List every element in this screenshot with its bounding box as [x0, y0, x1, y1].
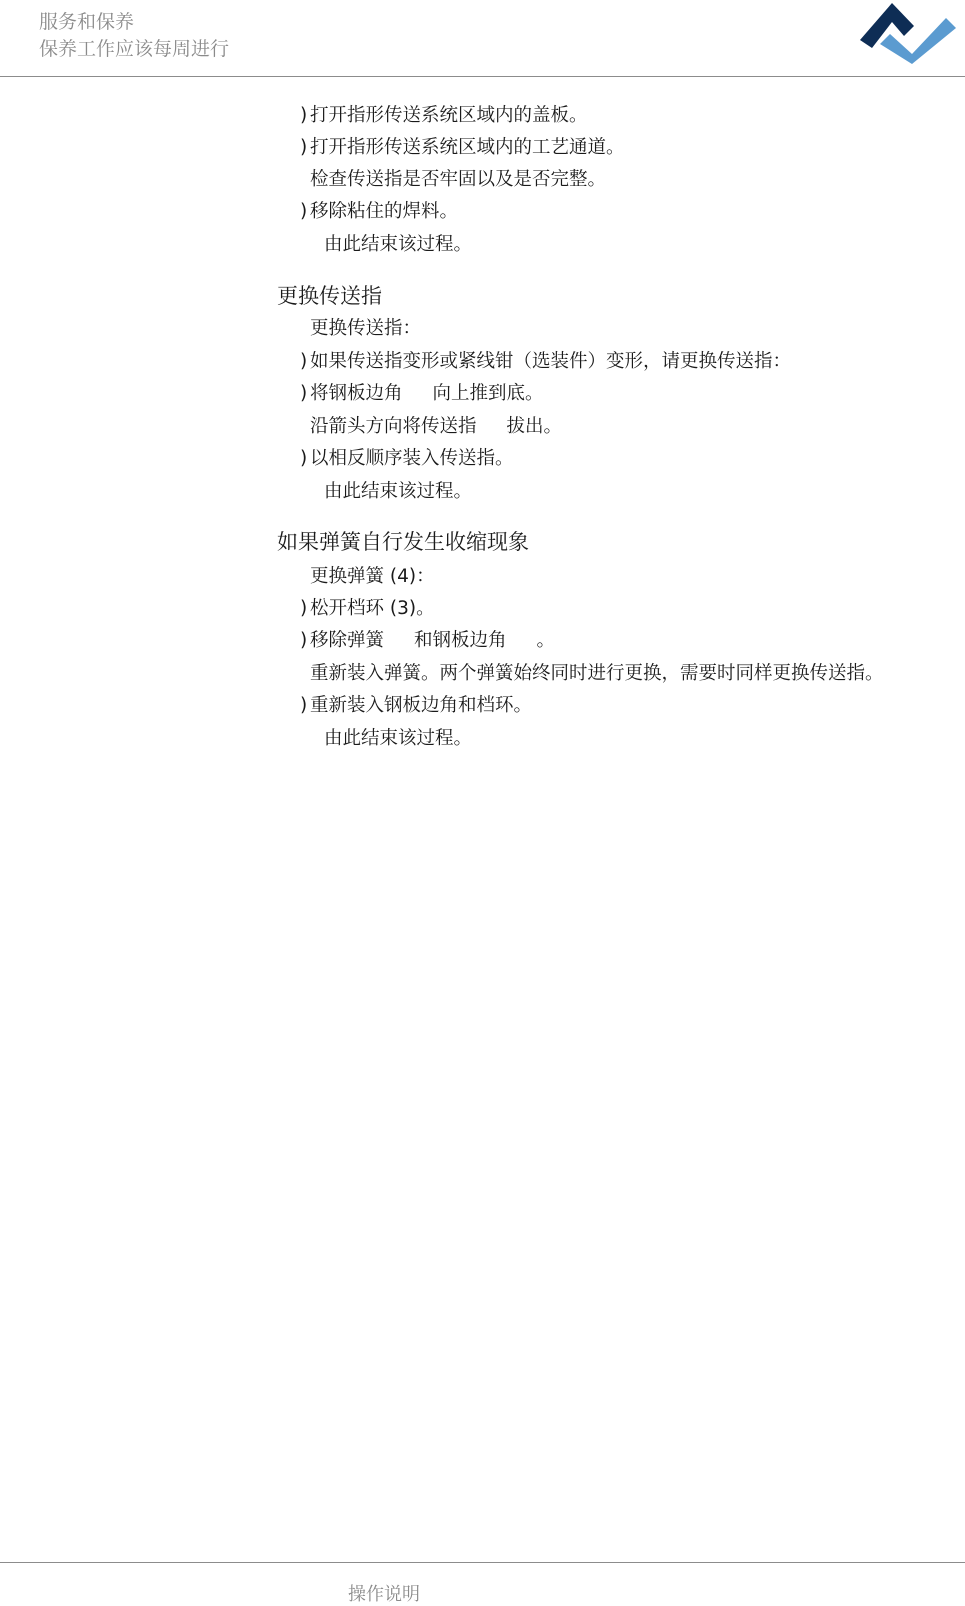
page-header: 服务和保养 保养工作应该每周进行 — [0, 0, 965, 77]
section-heading: 如果弹簧自行发生收缩现象 — [277, 528, 529, 556]
step-item: 检查传送指是否牢固以及是否完整。 — [310, 168, 606, 192]
result-text: 由此结束该过程。 — [324, 728, 472, 749]
step-marker: ) — [300, 104, 310, 128]
step-item: )以相反顺序装入传送指。 — [300, 447, 514, 471]
step-text: 以相反顺序装入传送指。 — [310, 448, 514, 469]
step-result: 由此结束该过程。 — [324, 480, 472, 504]
step-text: 拔出。 — [507, 416, 563, 437]
step-text: 更换传送指： — [310, 318, 421, 339]
step-text: 将钢板边角 — [310, 383, 403, 404]
step-item: 重新装入弹簧。两个弹簧始终同时进行更换，需要时同样更换传送指。 — [310, 662, 884, 686]
brand-logo-icon — [860, 0, 965, 66]
step-text: 重新装入弹簧。两个弹簧始终同时进行更换，需要时同样更换传送指。 — [310, 663, 884, 684]
step-item: )将钢板边角向上推到底。 — [300, 382, 544, 406]
step-marker: ) — [300, 629, 310, 653]
header-chapter: 服务和保养 — [39, 9, 229, 36]
step-text: 重新装入钢板边角和档环。 — [310, 695, 532, 716]
step-text: 检查传送指是否牢固以及是否完整。 — [310, 169, 606, 190]
step-text: 沿箭头方向将传送指 — [310, 416, 477, 437]
footer-divider — [0, 1562, 965, 1563]
step-marker: ) — [300, 597, 310, 621]
step-marker: ) — [300, 200, 310, 224]
step-text: 如果传送指变形或紧线钳（选装件）变形，请更换传送指： — [310, 351, 791, 372]
result-text: 由此结束该过程。 — [324, 481, 472, 502]
section-heading: 更换传送指 — [277, 282, 382, 310]
step-text: 向上推到底。 — [433, 383, 544, 404]
step-text: 打开指形传送系统区域内的盖板。 — [310, 105, 588, 126]
step-result: 由此结束该过程。 — [324, 727, 472, 751]
step-item: )如果传送指变形或紧线钳（选装件）变形，请更换传送指： — [300, 350, 791, 374]
step-text: 移除弹簧 — [310, 630, 384, 651]
step-item: )重新装入钢板边角和档环。 — [300, 694, 532, 718]
footer-title: 操作说明 — [348, 1580, 420, 1606]
step-marker: ) — [300, 447, 310, 471]
step-text: 移除粘住的焊料。 — [310, 201, 458, 222]
step-item: 沿箭头方向将传送指拔出。 — [310, 415, 562, 439]
step-text: 打开指形传送系统区域内的工艺通道。 — [310, 137, 625, 158]
header-subtitle: 保养工作应该每周进行 — [39, 36, 229, 63]
step-item: 更换弹簧 (4)： — [310, 565, 435, 589]
step-item: )打开指形传送系统区域内的盖板。 — [300, 104, 588, 128]
step-marker: ) — [300, 350, 310, 374]
result-text: 由此结束该过程。 — [324, 234, 472, 255]
step-text: 更换弹簧 (4)： — [310, 566, 435, 587]
step-item: )打开指形传送系统区域内的工艺通道。 — [300, 136, 625, 160]
step-item: )松开档环 (3)。 — [300, 597, 435, 621]
step-marker: ) — [300, 694, 310, 718]
step-text: 松开档环 (3)。 — [310, 598, 435, 619]
header-title: 服务和保养 保养工作应该每周进行 — [39, 9, 229, 63]
step-marker: ) — [300, 136, 310, 160]
step-text: 。 — [537, 630, 556, 651]
step-marker: ) — [300, 382, 310, 406]
step-text: 和钢板边角 — [414, 630, 507, 651]
step-result: 由此结束该过程。 — [324, 233, 472, 257]
step-item: )移除弹簧和钢板边角。 — [300, 629, 555, 653]
step-item: )移除粘住的焊料。 — [300, 200, 458, 224]
step-item: 更换传送指： — [310, 317, 421, 341]
